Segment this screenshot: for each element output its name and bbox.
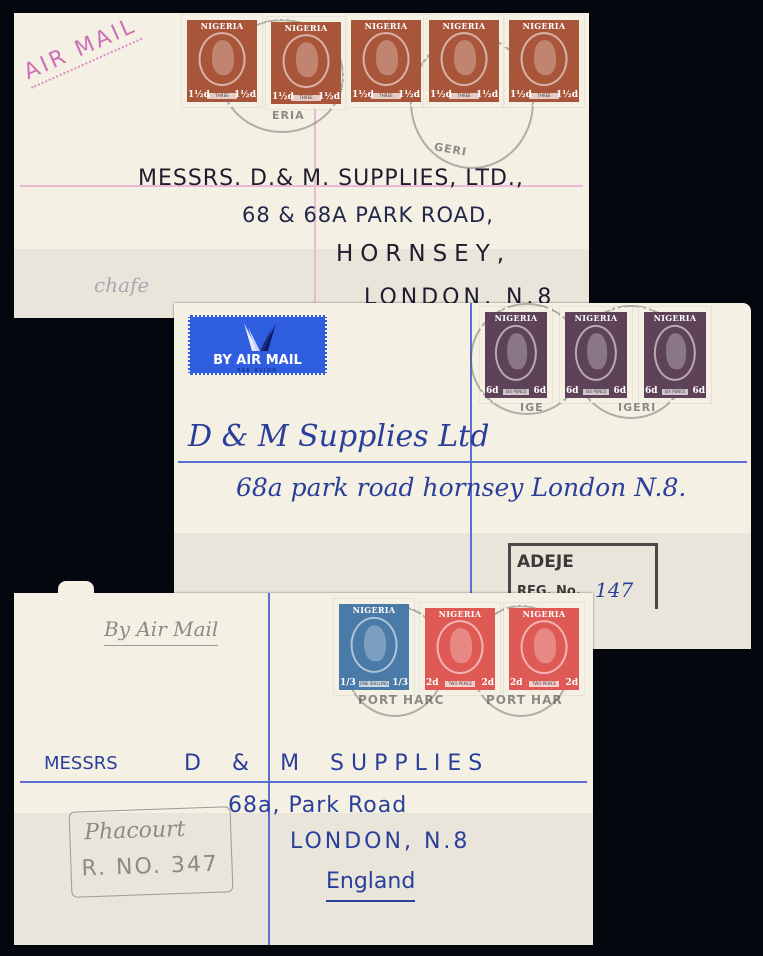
stamp-value: 1½d: [476, 90, 498, 100]
king-portrait-icon: [454, 40, 476, 74]
king-portrait-icon: [666, 333, 686, 369]
stamp-caption: SIX PENCE: [662, 389, 688, 395]
airmail-label-subtitle: PAR AVION: [190, 368, 325, 374]
stamp-country: NIGERIA: [566, 313, 626, 323]
cover-1: AIR MAIL ERIA GERI NIGERIA 1½d THREE HAL…: [14, 13, 589, 318]
stamp-value: 6d: [613, 386, 626, 396]
address-line: LONDON, N.8: [290, 829, 470, 854]
king-portrait-icon: [450, 628, 472, 662]
stamp-caption: THREE HALFPENCE: [207, 93, 237, 99]
stamp-country: NIGERIA: [510, 21, 578, 31]
king-portrait-icon: [364, 625, 386, 661]
registration-note-number: R. NO. 347: [81, 852, 219, 882]
address-line: 68a, Park Road: [228, 793, 407, 818]
postmark-text: ERIA: [272, 109, 305, 122]
stamp-value: 2d: [481, 678, 494, 688]
stamp-value: 2d: [565, 678, 578, 688]
airmail-note: By Air Mail: [104, 617, 218, 646]
stamp-value: 1½d: [234, 90, 256, 100]
stamp-value: 6d: [566, 386, 579, 396]
stamp: NIGERIA 2d TWO PENCE 2d: [420, 603, 500, 695]
postmark-text: PORT HARC: [358, 693, 444, 707]
address-line: MESSRS. D.& M. SUPPLIES, LTD.,: [138, 166, 524, 191]
stamp: NIGERIA 1/3 ONE SHILLING & THREEPENCE 1/…: [334, 599, 414, 695]
king-portrait-icon: [534, 40, 556, 74]
stamp-value: 6d: [692, 386, 705, 396]
stamp-caption: THREE HALFPENCE: [449, 93, 479, 99]
address-line: England: [326, 869, 415, 902]
stamp: NIGERIA 6d SIX PENCE 6d: [560, 307, 632, 403]
stamp-caption: THREE HALFPENCE: [291, 95, 321, 101]
stamp-caption: TWO PENCE: [445, 681, 475, 687]
stamp-caption: SIX PENCE: [503, 389, 529, 395]
registration-number: 147: [595, 578, 633, 602]
stamp-country: NIGERIA: [645, 313, 705, 323]
stamp-country: NIGERIA: [272, 23, 340, 33]
registration-line-horizontal: [178, 461, 747, 463]
registration-note-office: Phacourt: [84, 817, 186, 846]
stamp-value: 2d: [426, 678, 439, 688]
stamp-country: NIGERIA: [486, 313, 546, 323]
pencil-note: chafe: [94, 273, 149, 297]
postmark-text: PORT HAR: [486, 693, 563, 707]
stamp-country: NIGERIA: [430, 21, 498, 31]
stamp-country: NIGERIA: [426, 609, 494, 619]
stamp: NIGERIA 1½d THREE HALFPENCE 1½d: [266, 17, 346, 109]
king-portrait-icon: [587, 333, 607, 369]
address-line: MESSRS: [44, 753, 118, 774]
king-portrait-icon: [376, 40, 398, 74]
stamp-country: NIGERIA: [340, 605, 408, 615]
cover-3: By Air Mail PORT HARC PORT HAR NIGERIA 1…: [14, 593, 593, 945]
stamp-caption: THREE HALFPENCE: [371, 93, 401, 99]
stamp-caption: TWO PENCE: [529, 681, 559, 687]
stamp-value: 2d: [510, 678, 523, 688]
registration-note: Phacourt R. NO. 347: [69, 806, 234, 898]
stamp: NIGERIA 6d SIX PENCE 6d: [639, 307, 711, 403]
stamp-country: NIGERIA: [510, 609, 578, 619]
stamp-country: NIGERIA: [188, 21, 256, 31]
airmail-label-title: BY AIR MAIL: [190, 353, 325, 368]
torn-flap: [58, 581, 94, 595]
stamp-value: 6d: [533, 386, 546, 396]
address-line: D & M Supplies Ltd: [188, 419, 489, 454]
registration-office: ADEJE: [517, 552, 574, 572]
stamp: NIGERIA 1½d THREE HALFPENCE 1½d: [424, 15, 504, 107]
stamp-value: 1½d: [398, 90, 420, 100]
airmail-cachet: AIR MAIL: [20, 13, 142, 89]
wings-icon: [240, 321, 280, 355]
airmail-label: BY AIR MAIL PAR AVION: [188, 315, 327, 375]
stamp-caption: SIX PENCE: [583, 389, 609, 395]
stamp: NIGERIA 2d TWO PENCE 2d: [504, 603, 584, 695]
stamp-value: 1½d: [318, 92, 340, 102]
stamp-value: 6d: [486, 386, 499, 396]
king-portrait-icon: [507, 333, 527, 369]
stamp: NIGERIA 1½d THREE HALFPENCE 1½d: [346, 15, 426, 107]
address-line: D & M SUPPLIES: [184, 751, 489, 776]
address-line: 68 & 68A PARK ROAD,: [242, 203, 494, 227]
stamp: NIGERIA 6d SIX PENCE 6d: [480, 307, 552, 403]
king-portrait-icon: [296, 42, 318, 76]
stamp-value: 6d: [645, 386, 658, 396]
stamp: NIGERIA 1½d THREE HALFPENCE 1½d: [504, 15, 584, 107]
stamp-value: 1½d: [556, 90, 578, 100]
stamp-country: NIGERIA: [352, 21, 420, 31]
stamp-caption: ONE SHILLING & THREEPENCE: [359, 681, 389, 687]
king-portrait-icon: [212, 40, 234, 74]
stamp-caption: THREE HALFPENCE: [529, 93, 559, 99]
address-line: HORNSEY,: [336, 241, 511, 267]
address-line: 68a park road hornsey London N.8.: [236, 473, 686, 502]
stamp: NIGERIA 1½d THREE HALFPENCE 1½d: [182, 15, 262, 107]
registration-line-horizontal: [20, 781, 587, 783]
stamp-value: 1/3: [392, 678, 408, 688]
king-portrait-icon: [534, 628, 556, 662]
stamp-value: 1/3: [340, 678, 356, 688]
